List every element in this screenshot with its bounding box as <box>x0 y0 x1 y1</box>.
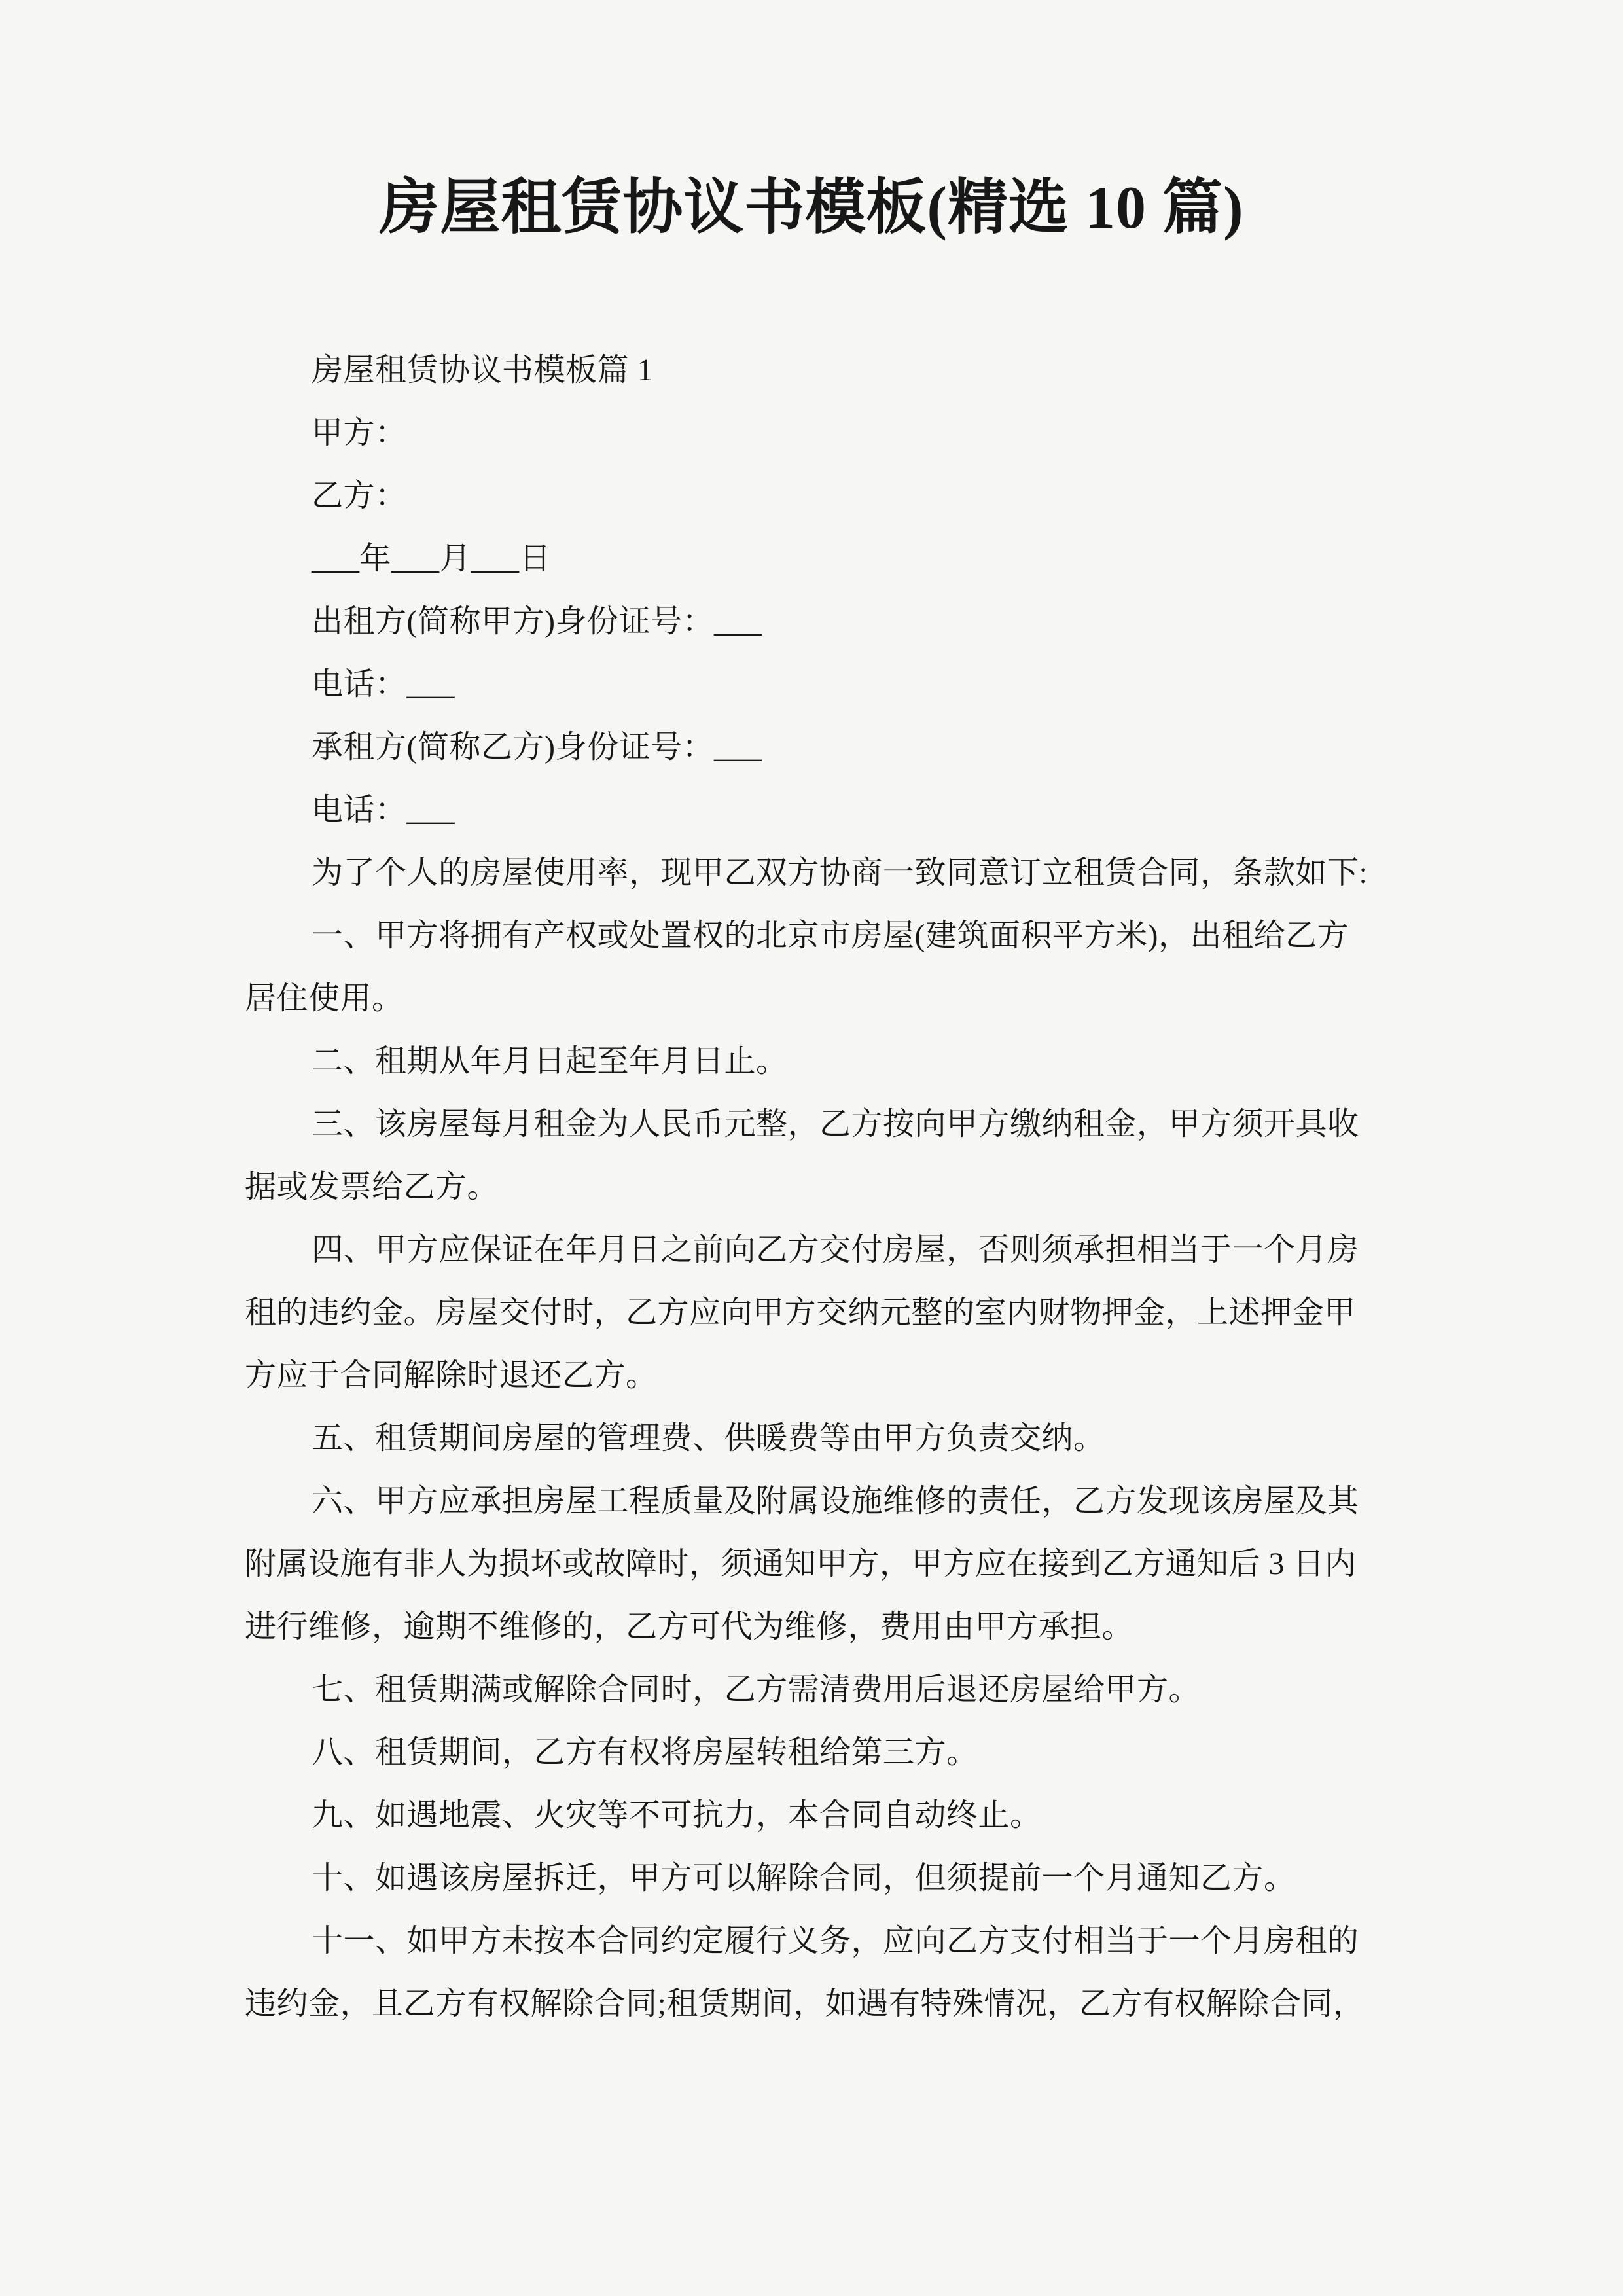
text-line: 十一、如甲方未按本合同约定履行义务，应向乙方支付相当于一个月房租的 <box>245 1910 1387 1973</box>
text-line: 方应于合同解除时退还乙方。 <box>245 1344 1387 1407</box>
text-line: ___年___月___日 <box>245 528 1387 590</box>
text-line: 九、如遇地震、火灾等不可抗力，本合同自动终止。 <box>245 1784 1387 1847</box>
text-line: 二、租期从年月日起至年月日止。 <box>245 1030 1387 1093</box>
text-line: 八、租赁期间，乙方有权将房屋转租给第三方。 <box>245 1721 1387 1784</box>
text-line: 出租方(简称甲方)身份证号：___ <box>245 590 1387 653</box>
text-line: 七、租赁期满或解除合同时，乙方需清费用后退还房屋给甲方。 <box>245 1659 1387 1721</box>
text-line: 进行维修，逾期不维修的，乙方可代为维修，费用由甲方承担。 <box>245 1596 1387 1659</box>
document-page: 房屋租赁协议书模板(精选 10 篇) 房屋租赁协议书模板篇 1甲方：乙方：___… <box>0 0 1623 2296</box>
text-line: 违约金，且乙方有权解除合同;租赁期间，如遇有特殊情况，乙方有权解除合同， <box>245 1973 1387 2036</box>
text-line: 五、租赁期间房屋的管理费、供暖费等由甲方负责交纳。 <box>245 1407 1387 1470</box>
text-line: 房屋租赁协议书模板篇 1 <box>245 339 1387 402</box>
text-line: 甲方： <box>245 402 1387 465</box>
text-line: 附属设施有非人为损坏或故障时，须通知甲方，甲方应在接到乙方通知后 3 日内 <box>245 1533 1387 1596</box>
text-line: 居住使用。 <box>245 967 1387 1030</box>
text-line: 四、甲方应保证在年月日之前向乙方交付房屋，否则须承担相当于一个月房 <box>245 1219 1387 1282</box>
text-line: 六、甲方应承担房屋工程质量及附属设施维修的责任，乙方发现该房屋及其 <box>245 1470 1387 1533</box>
text-line: 据或发票给乙方。 <box>245 1156 1387 1219</box>
text-line: 为了个人的房屋使用率，现甲乙双方协商一致同意订立租赁合同，条款如下: <box>245 842 1387 905</box>
text-line: 承租方(简称乙方)身份证号：___ <box>245 716 1387 779</box>
document-body: 房屋租赁协议书模板篇 1甲方：乙方：___年___月___日出租方(简称甲方)身… <box>245 251 1387 2036</box>
text-line: 一、甲方将拥有产权或处置权的北京市房屋(建筑面积平方米)，出租给乙方 <box>245 905 1387 967</box>
text-line: 租的违约金。房屋交付时，乙方应向甲方交纳元整的室内财物押金，上述押金甲 <box>245 1282 1387 1344</box>
text-line: 十、如遇该房屋拆迁，甲方可以解除合同，但须提前一个月通知乙方。 <box>245 1847 1387 1910</box>
text-line: 乙方： <box>245 465 1387 528</box>
document-title: 房屋租赁协议书模板(精选 10 篇) <box>0 0 1623 251</box>
text-line: 电话：___ <box>245 779 1387 842</box>
text-line: 电话：___ <box>245 653 1387 716</box>
text-line: 三、该房屋每月租金为人民币元整，乙方按向甲方缴纳租金，甲方须开具收 <box>245 1093 1387 1156</box>
